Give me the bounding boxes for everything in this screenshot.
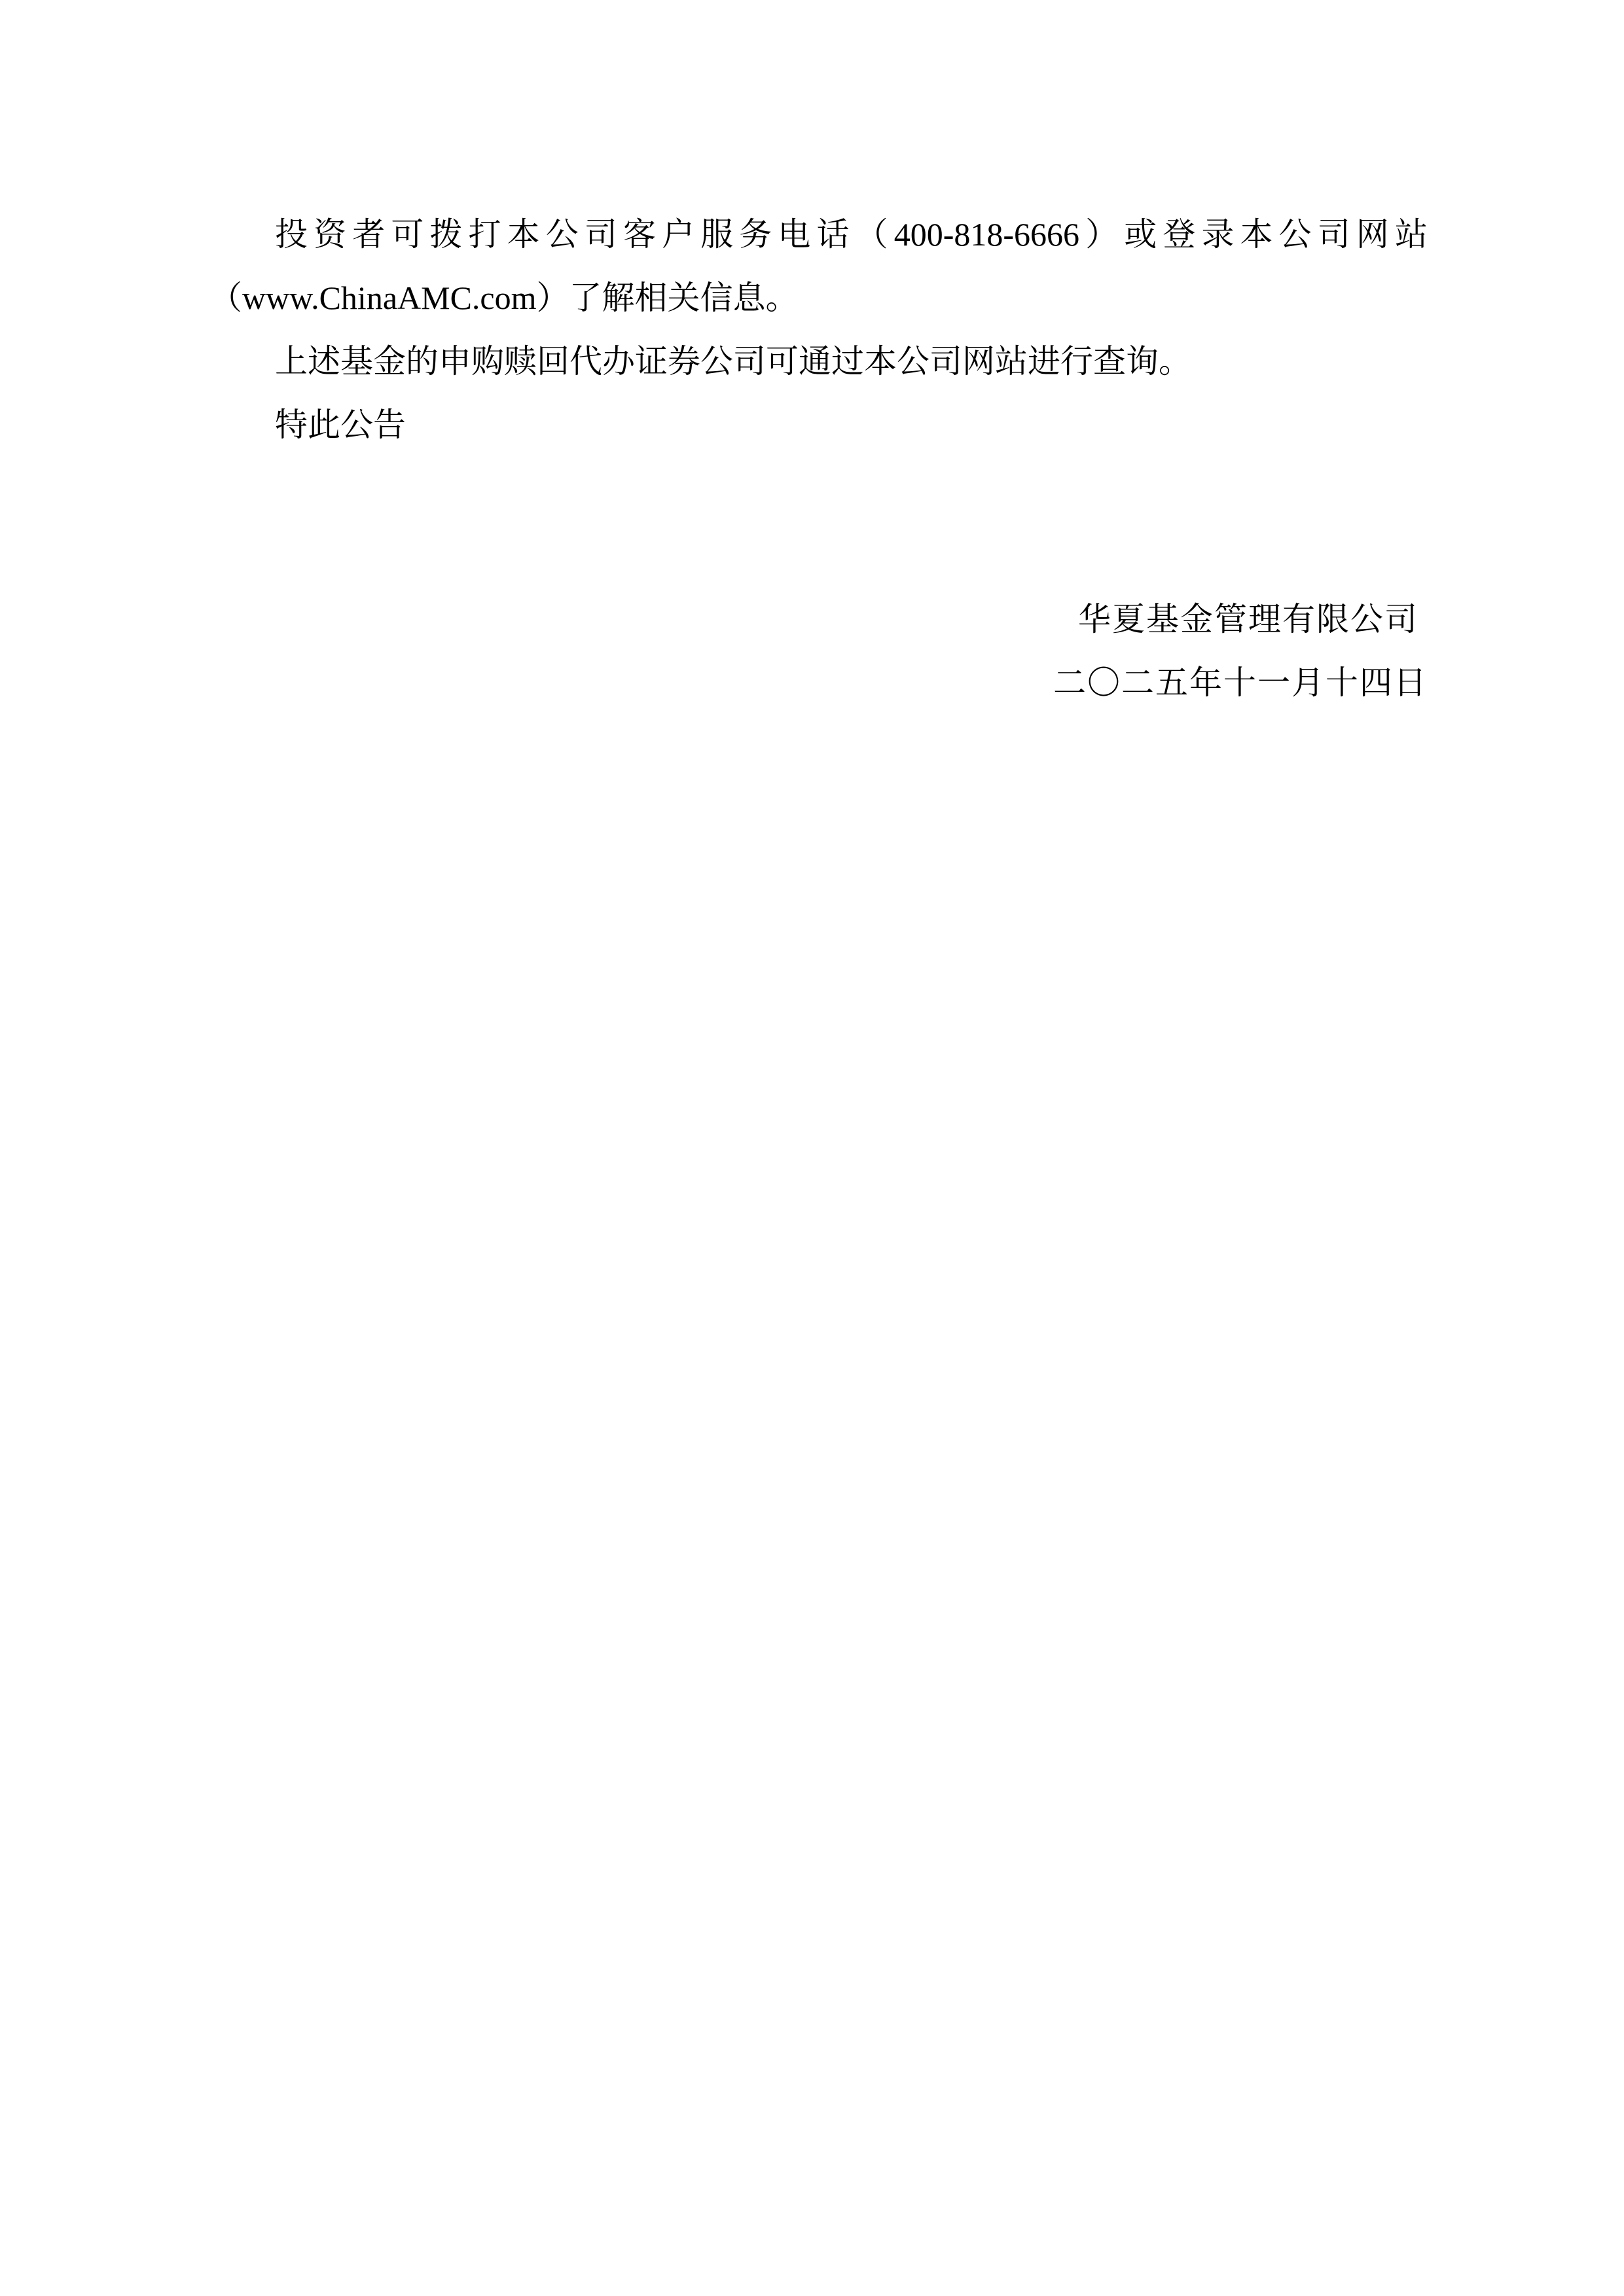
document-body-text: 投资者可拨打本公司客户服务电话（400-818-6666）或登录本公司网站 （w… [216,203,1428,715]
document-page: 投资者可拨打本公司客户服务电话（400-818-6666）或登录本公司网站 （w… [0,0,1624,2296]
signature-date: 二〇二五年十一月十四日 [216,651,1428,715]
paragraph-fund-agency-query: 上述基金的申购赎回代办证券公司可通过本公司网站进行查询。 [216,330,1428,393]
signature-company-name: 华夏基金管理有限公司 [216,588,1428,651]
closing-announcement-phrase: 特此公告 [216,393,1428,457]
signature-block: 华夏基金管理有限公司 二〇二五年十一月十四日 [216,588,1428,715]
paragraph-investor-hotline-line2: （www.ChinaAMC.com）了解相关信息。 [216,266,1428,330]
paragraph-investor-hotline-line1: 投资者可拨打本公司客户服务电话（400-818-6666）或登录本公司网站 [216,203,1428,266]
